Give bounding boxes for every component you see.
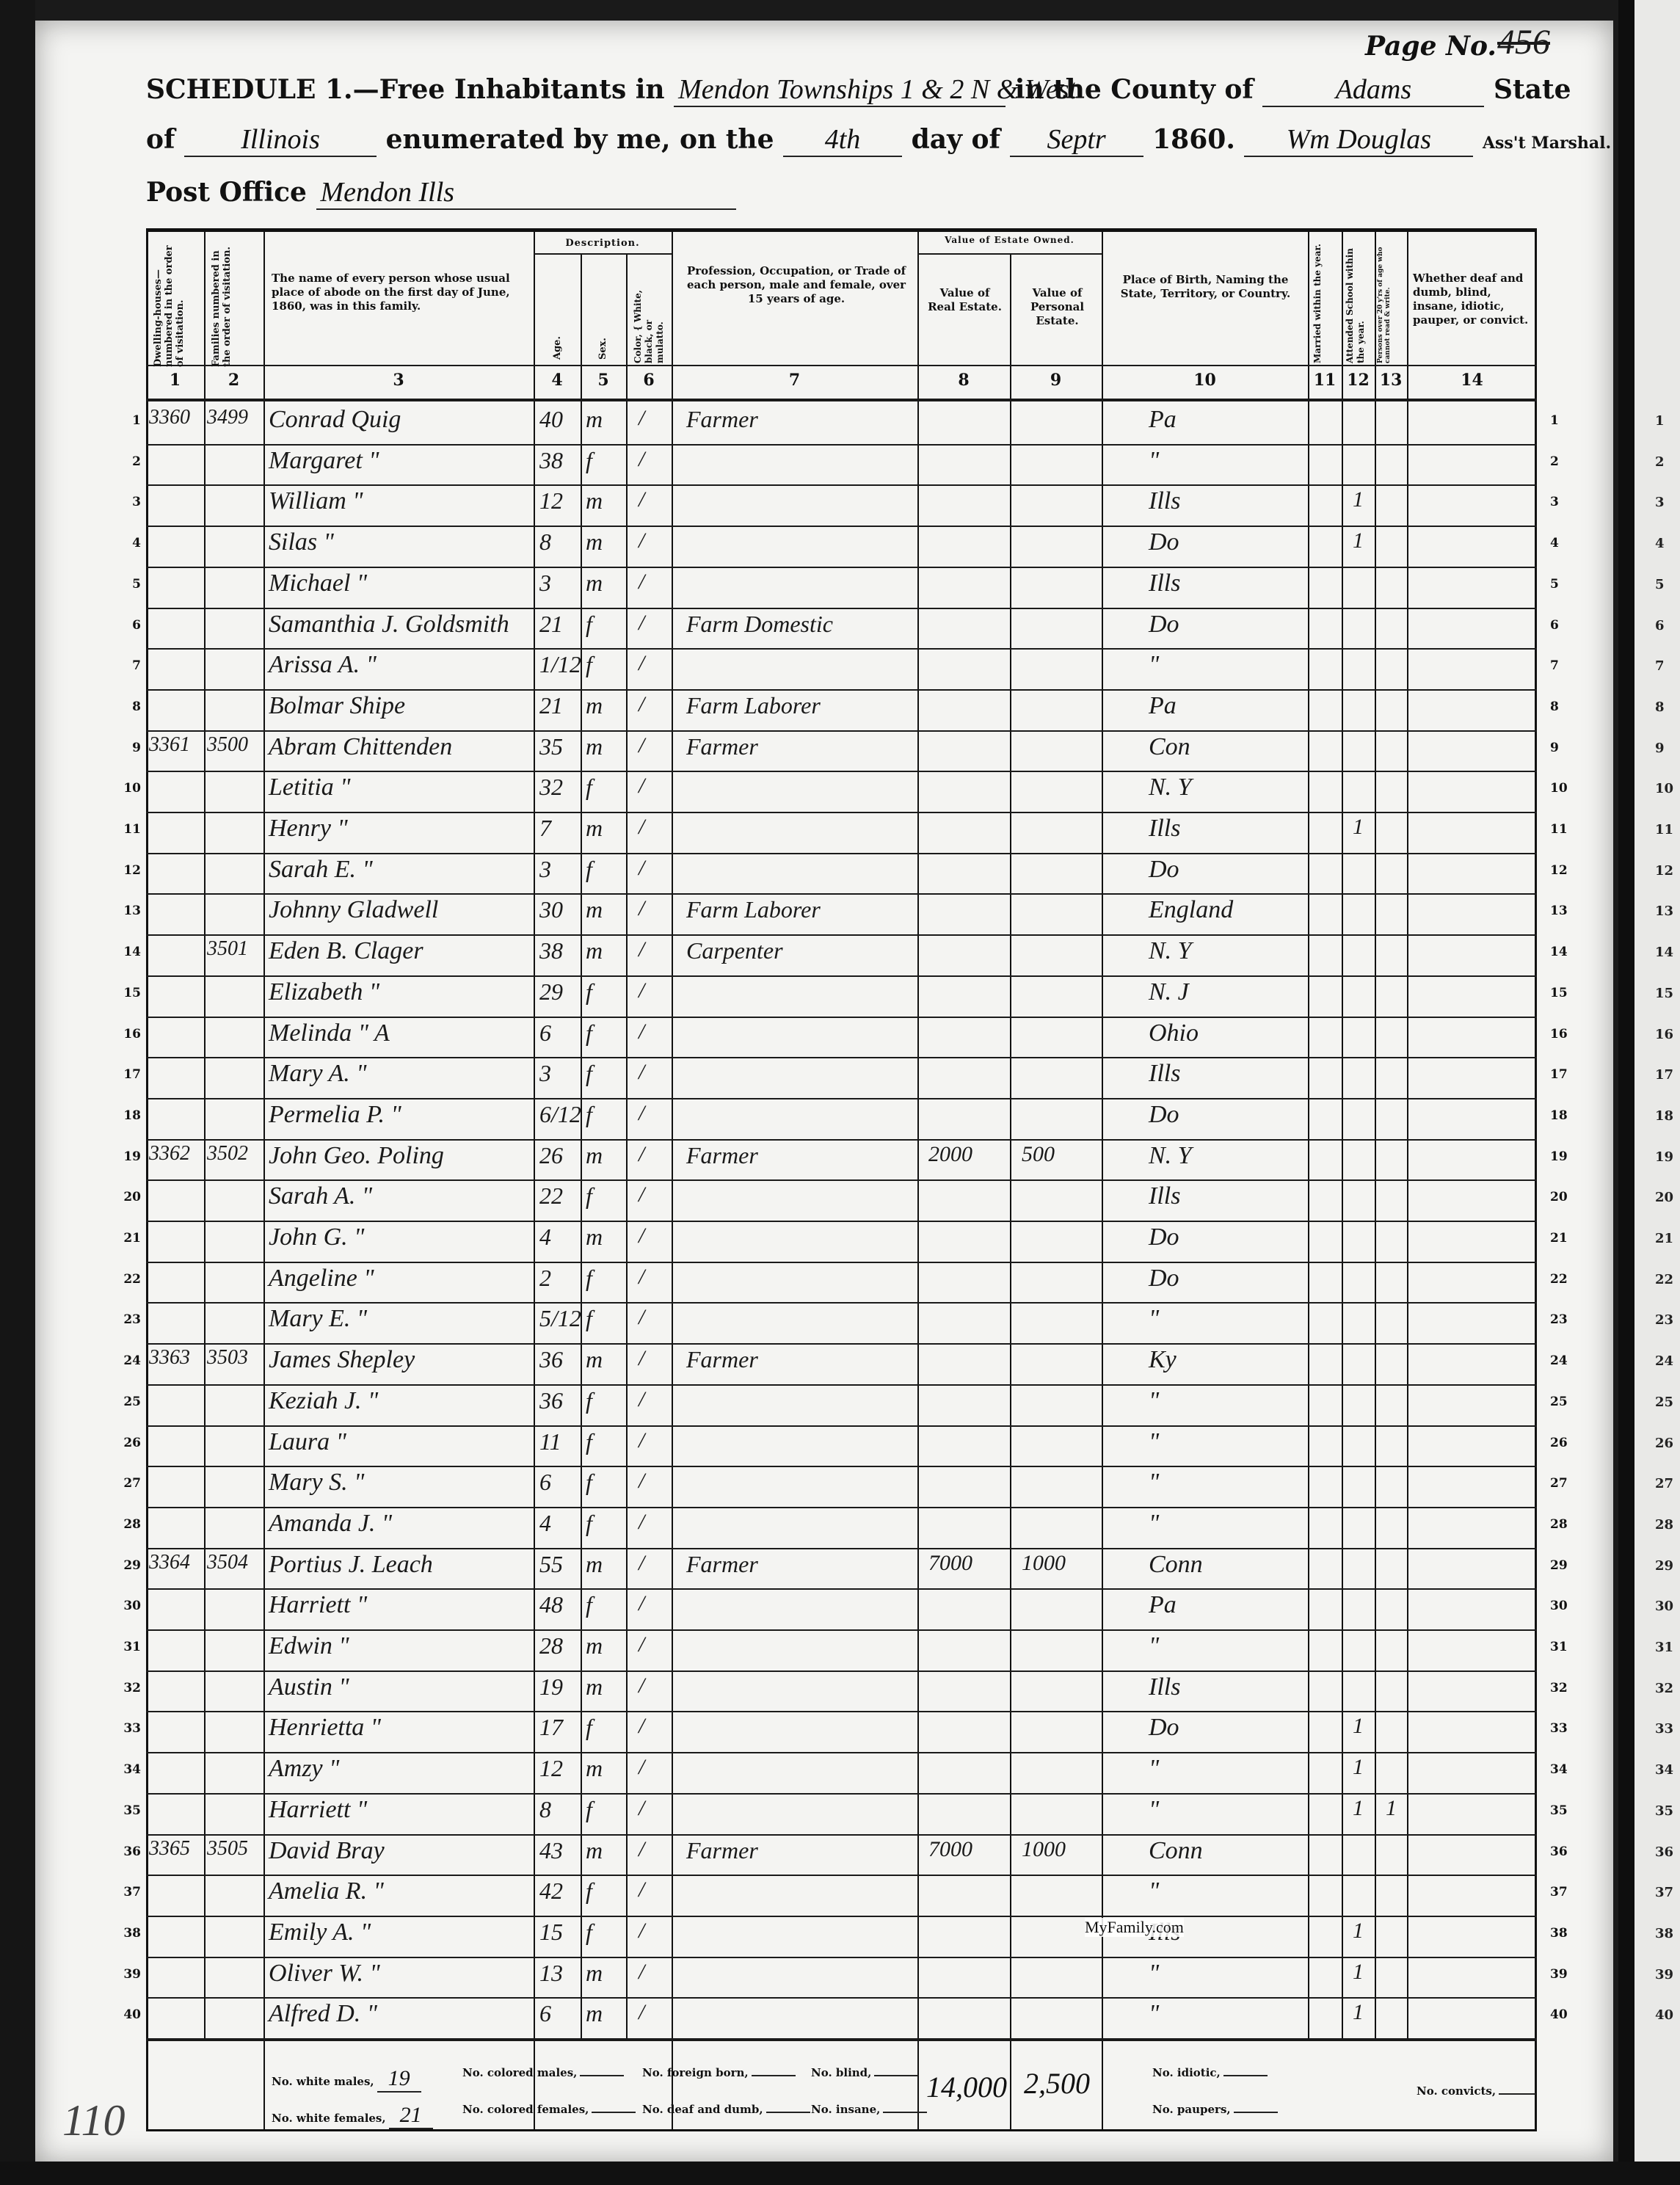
illiterate-mark: 1	[1386, 1796, 1397, 1821]
color-mark: /	[639, 1305, 644, 1330]
age: 36	[539, 1346, 563, 1373]
color-mark: /	[639, 487, 644, 512]
white-females-count: 21	[389, 2103, 433, 2129]
row-number-far-right: 17	[1655, 1067, 1673, 1083]
row-number-far-right: 15	[1655, 986, 1673, 1001]
marshal-field: Wm Douglas	[1244, 123, 1473, 157]
color-mark: /	[639, 1224, 644, 1248]
age: 8	[539, 528, 551, 556]
age: 12	[539, 487, 563, 515]
occupation: Farm Laborer	[686, 692, 821, 719]
age: 21	[539, 692, 563, 719]
age: 40	[539, 406, 563, 433]
color-mark: /	[639, 1469, 644, 1494]
birthplace: Ills	[1149, 1182, 1180, 1210]
row-rule	[146, 1916, 1537, 1917]
schedule-header-line-3: Post Office Mendon Ills	[146, 176, 736, 210]
row-rule	[146, 1670, 1537, 1672]
age: 3	[539, 570, 551, 597]
row-number-far-right: 6	[1655, 618, 1665, 633]
sex: m	[586, 1673, 603, 1701]
row-number-far-right: 1	[1655, 413, 1665, 429]
row-rule	[146, 1875, 1537, 1876]
birthplace: Do	[1149, 1224, 1179, 1251]
school-mark: 1	[1353, 815, 1364, 840]
row-number: 17	[112, 1067, 141, 1082]
person-name: Arissa A. "	[269, 651, 377, 679]
sex: f	[586, 1428, 592, 1455]
footer-convicts: No. convicts,	[1417, 2084, 1535, 2098]
column-number: 12	[1342, 371, 1375, 390]
row-number: 37	[112, 1885, 141, 1899]
row-number-far-right: 34	[1655, 1762, 1673, 1778]
row-number-far-right: 30	[1655, 1599, 1673, 1614]
person-name: Silas "	[269, 528, 334, 556]
color-mark: /	[639, 651, 644, 676]
sex: f	[586, 447, 592, 474]
color-mark: /	[639, 937, 644, 962]
row-number: 34	[112, 1762, 141, 1777]
row-number-right: 38	[1550, 1926, 1579, 1941]
column-number: 10	[1102, 371, 1308, 390]
color-mark: /	[639, 978, 644, 1003]
row-number-far-right: 20	[1655, 1190, 1673, 1205]
row-number-right: 24	[1550, 1353, 1579, 1368]
age: 43	[539, 1837, 563, 1864]
footer-colored-females: No. colored females,	[462, 2103, 636, 2116]
occupation: Farm Laborer	[686, 896, 821, 923]
footer-blind: No. blind,	[811, 2066, 918, 2079]
sex: f	[586, 1182, 592, 1210]
color-mark: /	[639, 1755, 644, 1780]
column-divider	[1375, 228, 1376, 2038]
birthplace: "	[1149, 1469, 1159, 1497]
footer-idiotic: No. idiotic,	[1152, 2066, 1268, 2079]
birthplace: Pa	[1149, 406, 1177, 434]
row-number: 19	[112, 1149, 141, 1164]
age: 32	[539, 774, 563, 801]
color-mark: /	[639, 1182, 644, 1207]
color-mark: /	[639, 447, 644, 472]
row-rule	[146, 853, 1537, 854]
family-number: 3504	[207, 1551, 248, 1574]
color-mark: /	[639, 1673, 644, 1698]
age: 17	[539, 1714, 563, 1741]
row-number-right: 8	[1550, 699, 1579, 714]
column-divider	[1342, 228, 1343, 2038]
sex: f	[586, 1796, 592, 1823]
row-number-far-right: 5	[1655, 577, 1665, 592]
person-name: Angeline "	[269, 1265, 374, 1293]
person-name: Margaret "	[269, 447, 379, 475]
personal-estate-value: 1000	[1022, 1837, 1066, 1862]
row-rule	[146, 893, 1537, 895]
row-number-right: 33	[1550, 1721, 1579, 1736]
row-rule	[146, 1425, 1537, 1427]
row-rule	[146, 1834, 1537, 1836]
person-name: Johnny Gladwell	[269, 896, 438, 924]
age: 22	[539, 1182, 563, 1210]
color-mark: /	[639, 1265, 644, 1290]
age: 36	[539, 1387, 563, 1414]
color-mark: /	[639, 733, 644, 758]
birthplace: "	[1149, 1428, 1159, 1456]
birthplace: "	[1149, 1632, 1159, 1660]
age: 19	[539, 1673, 563, 1701]
family-number: 3502	[207, 1142, 248, 1166]
footer-white-females: No. white females,21	[272, 2103, 433, 2129]
person-name: Sarah E. "	[269, 856, 373, 884]
col-group-description: Description.	[535, 236, 670, 250]
schedule-header-line-2: of Illinois enumerated by me, on the 4th…	[146, 123, 1611, 157]
row-number: 23	[112, 1312, 141, 1327]
row-number-far-right: 4	[1655, 536, 1665, 551]
sex: m	[586, 937, 603, 964]
scan-left-edge	[0, 0, 35, 2185]
real-estate-total: 14,000	[926, 2070, 1007, 2104]
row-number-far-right: 14	[1655, 945, 1673, 960]
color-mark: /	[639, 1877, 644, 1902]
row-number: 4	[112, 536, 141, 550]
column-divider	[204, 228, 206, 2038]
color-mark: /	[639, 1632, 644, 1657]
row-rule	[146, 1588, 1537, 1590]
age: 29	[539, 978, 563, 1006]
row-number-right: 31	[1550, 1640, 1579, 1654]
sex: m	[586, 1960, 603, 1987]
row-rule	[146, 567, 1537, 568]
sex: f	[586, 1714, 592, 1741]
row-number-right: 3	[1550, 495, 1579, 509]
person-name: Abram Chittenden	[269, 733, 452, 761]
birthplace: Do	[1149, 1101, 1179, 1129]
birthplace: Do	[1149, 528, 1179, 556]
col-header-age: Age.	[552, 308, 567, 360]
school-mark: 1	[1353, 2000, 1364, 2025]
schedule-title: SCHEDULE 1.—Free Inhabitants in	[146, 74, 665, 105]
row-number-right: 18	[1550, 1108, 1579, 1123]
sex: f	[586, 1060, 592, 1087]
person-name: Mary E. "	[269, 1305, 367, 1333]
row-number-right: 7	[1550, 658, 1579, 673]
color-mark: /	[639, 1101, 644, 1126]
sex: f	[586, 611, 592, 638]
school-mark: 1	[1353, 1919, 1364, 1944]
row-number-far-right: 36	[1655, 1844, 1673, 1860]
white-males-count: 19	[377, 2066, 421, 2093]
real-estate-value: 7000	[928, 1837, 972, 1862]
row-number: 20	[112, 1190, 141, 1204]
page-number: 456	[1497, 22, 1550, 62]
row-number: 31	[112, 1640, 141, 1654]
row-rule	[146, 444, 1537, 446]
birthplace: "	[1149, 1755, 1159, 1783]
birthplace: Ills	[1149, 1673, 1180, 1701]
birthplace: Do	[1149, 1714, 1179, 1742]
row-number: 36	[112, 1844, 141, 1859]
person-name: Samanthia J. Goldsmith	[269, 611, 509, 639]
color-mark: /	[639, 2000, 644, 2025]
year: 1860.	[1152, 124, 1235, 155]
row-number-far-right: 38	[1655, 1926, 1673, 1941]
school-mark: 1	[1353, 1960, 1364, 1985]
color-mark: /	[639, 1796, 644, 1821]
family-number: 3500	[207, 733, 248, 757]
footer-foreign-born: No. foreign born,	[642, 2066, 796, 2079]
dwelling-number: 3362	[149, 1142, 190, 1166]
row-number-far-right: 21	[1655, 1231, 1673, 1246]
row-number-right: 5	[1550, 577, 1579, 592]
sex: m	[586, 1142, 603, 1169]
row-number-far-right: 40	[1655, 2007, 1673, 2023]
page-number-label: Page No.	[1365, 31, 1497, 62]
color-mark: /	[639, 896, 644, 921]
birthplace: Con	[1149, 733, 1190, 761]
row-number-far-right: 23	[1655, 1312, 1673, 1328]
sex: m	[586, 406, 603, 433]
column-number: 3	[263, 371, 534, 390]
sex: f	[586, 856, 592, 883]
person-name: William "	[269, 487, 363, 515]
birthplace: "	[1149, 447, 1159, 475]
dwelling-number: 3365	[149, 1837, 190, 1861]
family-number: 3503	[207, 1346, 248, 1370]
column-number: 2	[204, 371, 263, 390]
row-number-right: 30	[1550, 1599, 1579, 1613]
post-office-label: Post Office	[146, 177, 307, 208]
sex: f	[586, 774, 592, 801]
row-number: 8	[112, 699, 141, 714]
of-label: of	[146, 124, 175, 155]
row-number: 11	[112, 822, 141, 837]
row-rule	[146, 648, 1537, 650]
row-number-far-right: 13	[1655, 904, 1673, 919]
col-group-estate: Value of Estate Owned.	[919, 233, 1100, 247]
col-header-disability: Whether deaf and dumb, blind, insane, id…	[1413, 272, 1530, 327]
person-name: John Geo. Poling	[269, 1142, 444, 1170]
person-name: Keziah J. "	[269, 1387, 378, 1415]
row-number-right: 35	[1550, 1803, 1579, 1818]
state-label: State	[1494, 74, 1571, 105]
person-name: Austin "	[269, 1673, 349, 1701]
sex: m	[586, 1224, 603, 1251]
color-mark: /	[639, 1142, 644, 1167]
row-number-far-right: 37	[1655, 1885, 1673, 1900]
person-name: Emily A. "	[269, 1919, 371, 1946]
footer-insane: No. insane,	[811, 2103, 927, 2116]
sex: f	[586, 1387, 592, 1414]
person-name: Amanda J. "	[269, 1510, 392, 1538]
family-number: 3505	[207, 1837, 248, 1861]
row-number: 30	[112, 1599, 141, 1613]
row-number-far-right: 28	[1655, 1517, 1673, 1533]
person-name: Permelia P. "	[269, 1101, 401, 1129]
person-name: Alfred D. "	[269, 2000, 377, 2028]
row-rule	[146, 484, 1537, 486]
column-divider	[626, 253, 628, 2038]
row-number: 3	[112, 495, 141, 509]
row-number-right: 17	[1550, 1067, 1579, 1082]
col-header-name: The name of every person whose usual pla…	[272, 272, 525, 313]
sex: m	[586, 487, 603, 515]
sex: m	[586, 896, 603, 923]
person-name: Oliver W. "	[269, 1960, 380, 1988]
row-number-far-right: 33	[1655, 1721, 1673, 1737]
row-number-right: 13	[1550, 904, 1579, 918]
row-number: 26	[112, 1436, 141, 1450]
age: 6/12	[539, 1101, 581, 1128]
column-number: 6	[626, 371, 672, 390]
row-number-far-right: 10	[1655, 781, 1673, 796]
column-number: 8	[917, 371, 1010, 390]
color-mark: /	[639, 570, 644, 595]
person-name: Henrietta "	[269, 1714, 381, 1742]
age: 7	[539, 815, 551, 842]
birthplace: Ills	[1149, 1060, 1180, 1088]
row-number-right: 25	[1550, 1395, 1579, 1409]
sex: f	[586, 1919, 592, 1946]
dwelling-number: 3364	[149, 1551, 190, 1574]
row-rule	[146, 1629, 1537, 1631]
row-number: 39	[112, 1967, 141, 1982]
row-rule	[146, 689, 1537, 691]
person-name: Eden B. Clager	[269, 937, 423, 965]
row-number: 16	[112, 1027, 141, 1041]
age: 26	[539, 1142, 563, 1169]
color-mark: /	[639, 692, 644, 717]
personal-estate-value: 1000	[1022, 1551, 1066, 1576]
row-rule	[146, 1262, 1537, 1263]
occupation: Farm Domestic	[686, 611, 833, 638]
school-mark: 1	[1353, 1714, 1364, 1739]
row-number-far-right: 39	[1655, 1967, 1673, 1982]
occupation: Farmer	[686, 1142, 758, 1169]
color-mark: /	[639, 1714, 644, 1739]
birthplace: Conn	[1149, 1837, 1203, 1865]
row-number-right: 4	[1550, 536, 1579, 550]
col-header-birthplace: Place of Birth, Naming the State, Territ…	[1108, 273, 1303, 301]
person-name: Harriett "	[269, 1591, 367, 1619]
row-number-far-right: 29	[1655, 1558, 1673, 1574]
row-number: 1	[112, 413, 141, 428]
birthplace: Ohio	[1149, 1019, 1199, 1047]
day-of-label: day of	[912, 124, 1000, 155]
birthplace: "	[1149, 1877, 1159, 1905]
row-number: 7	[112, 658, 141, 673]
color-mark: /	[639, 1346, 644, 1371]
row-number: 33	[112, 1721, 141, 1736]
person-name: Portius J. Leach	[269, 1551, 433, 1579]
row-number: 38	[112, 1926, 141, 1941]
age: 3	[539, 1060, 551, 1087]
birthplace: Ky	[1149, 1346, 1177, 1374]
scan-right-edge: 1234567891011121314151617181920212223242…	[1618, 0, 1680, 2185]
occupation: Farmer	[686, 1346, 758, 1373]
row-number: 32	[112, 1681, 141, 1695]
age: 38	[539, 937, 563, 964]
person-name: Mary A. "	[269, 1060, 367, 1088]
row-rule	[146, 1179, 1537, 1181]
watermark: MyFamily.com	[1085, 1918, 1184, 1937]
sex: f	[586, 1591, 592, 1618]
column-number: 9	[1010, 371, 1102, 390]
color-mark: /	[639, 1837, 644, 1862]
age: 8	[539, 1796, 551, 1823]
row-number-far-right: 18	[1655, 1108, 1673, 1124]
row-number: 18	[112, 1108, 141, 1123]
birthplace: N. Y	[1149, 1142, 1192, 1170]
row-number-far-right: 27	[1655, 1476, 1673, 1491]
row-rule	[146, 1221, 1537, 1222]
age: 5/12	[539, 1305, 581, 1332]
row-number-right: 28	[1550, 1517, 1579, 1532]
sex: f	[586, 1019, 592, 1047]
row-number: 22	[112, 1272, 141, 1287]
row-rule	[146, 1752, 1537, 1753]
real-estate-value: 2000	[928, 1142, 972, 1167]
color-mark: /	[639, 1919, 644, 1944]
sex: m	[586, 528, 603, 556]
birthplace: "	[1149, 1796, 1159, 1824]
col-header-sex: Sex.	[597, 308, 612, 360]
birthplace: "	[1149, 1510, 1159, 1538]
col-header-illiterate: Persons over 20 y'rs of age who cannot r…	[1377, 235, 1405, 363]
post-office-field: Mendon Ills	[316, 176, 736, 210]
row-number-right: 11	[1550, 822, 1579, 837]
row-number-far-right: 16	[1655, 1027, 1673, 1042]
column-number: 1	[146, 371, 204, 390]
row-rule	[146, 771, 1537, 772]
row-number-right: 12	[1550, 863, 1579, 878]
row-number: 14	[112, 945, 141, 959]
col-header-color: Color, { White, black, or mulatto.	[633, 286, 668, 363]
row-rule	[146, 1711, 1537, 1712]
birthplace: Do	[1149, 1265, 1179, 1293]
row-rule	[146, 1507, 1537, 1508]
person-name: Elizabeth "	[269, 978, 379, 1006]
occupation: Farmer	[686, 406, 758, 433]
school-mark: 1	[1353, 1755, 1364, 1780]
birthplace: "	[1149, 2000, 1159, 2028]
description-group-rule	[534, 253, 672, 255]
row-number-far-right: 32	[1655, 1681, 1673, 1696]
person-name: David Bray	[269, 1837, 385, 1865]
row-number-far-right: 26	[1655, 1436, 1673, 1451]
sex: f	[586, 978, 592, 1006]
age: 3	[539, 856, 551, 883]
family-number: 3499	[207, 406, 248, 429]
row-number: 5	[112, 577, 141, 592]
row-rule	[146, 1343, 1537, 1345]
color-mark: /	[639, 1428, 644, 1453]
birthplace: Do	[1149, 856, 1179, 884]
row-number: 27	[112, 1476, 141, 1491]
person-name: Laura "	[269, 1428, 346, 1456]
row-rule	[146, 730, 1537, 732]
row-number-right: 1	[1550, 413, 1579, 428]
row-number-far-right: 19	[1655, 1149, 1673, 1165]
row-rule	[146, 1793, 1537, 1795]
age: 11	[539, 1428, 561, 1455]
county-label: in the County of	[1015, 74, 1254, 105]
sex: f	[586, 1469, 592, 1496]
row-rule	[146, 1997, 1537, 1999]
row-number: 28	[112, 1517, 141, 1532]
col-header-real-estate: Value of Real Estate.	[926, 286, 1003, 314]
col-header-personal-estate: Value of Personal Estate.	[1019, 286, 1096, 328]
col-header-family: Families numbered in the order of visita…	[211, 242, 256, 367]
row-number-right: 15	[1550, 986, 1579, 1000]
